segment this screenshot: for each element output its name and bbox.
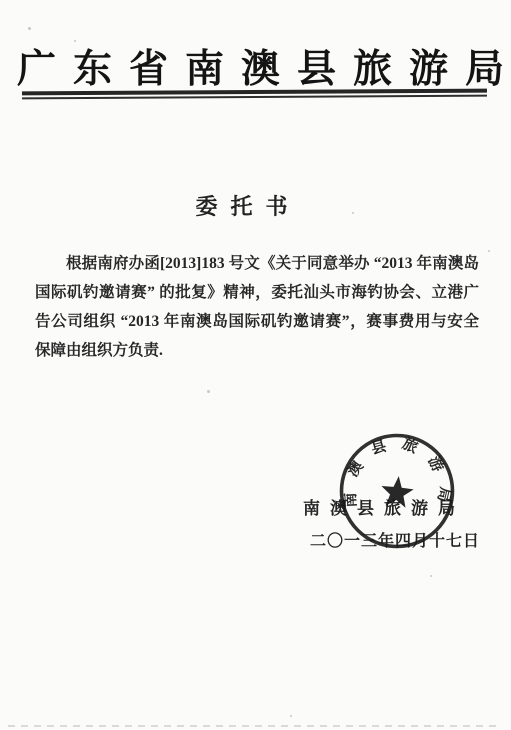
scan-speck xyxy=(207,390,210,393)
scan-speck xyxy=(352,212,354,214)
body-line: 国际矶钓邀请赛” 的批复》精神，委托汕头市海钓协会、立港广 xyxy=(35,278,479,307)
scan-speck xyxy=(74,40,76,42)
scan-speck xyxy=(488,250,490,252)
document-title: 委托书 xyxy=(0,190,483,221)
scan-speck xyxy=(28,27,31,30)
official-seal: 南澳县旅游局 xyxy=(337,431,457,551)
scan-edge-artifact xyxy=(8,725,502,727)
body-line: 根据南府办函[2013]183 号文《关于同意举办 “2013 年南澳岛 xyxy=(35,249,479,278)
seal-star-icon xyxy=(379,474,414,508)
seal-arc-text: 南澳县旅游局 xyxy=(340,434,453,517)
scan-speck xyxy=(290,715,292,717)
scan-speck xyxy=(430,575,432,577)
scanned-document-page: 广东省南澳县旅游局 委托书 根据南府办函[2013]183 号文《关于同意举办 … xyxy=(0,0,511,730)
letterhead-rule xyxy=(22,89,487,100)
body-line: 告公司组织 “2013 年南澳岛国际矶钓邀请赛”，赛事费用与安全 xyxy=(35,307,479,336)
body-line: 保障由组织方负责. xyxy=(35,336,479,365)
body-paragraph: 根据南府办函[2013]183 号文《关于同意举办 “2013 年南澳岛 国际矶… xyxy=(35,249,479,365)
letterhead-title: 广东省南澳县旅游局 xyxy=(0,38,511,94)
